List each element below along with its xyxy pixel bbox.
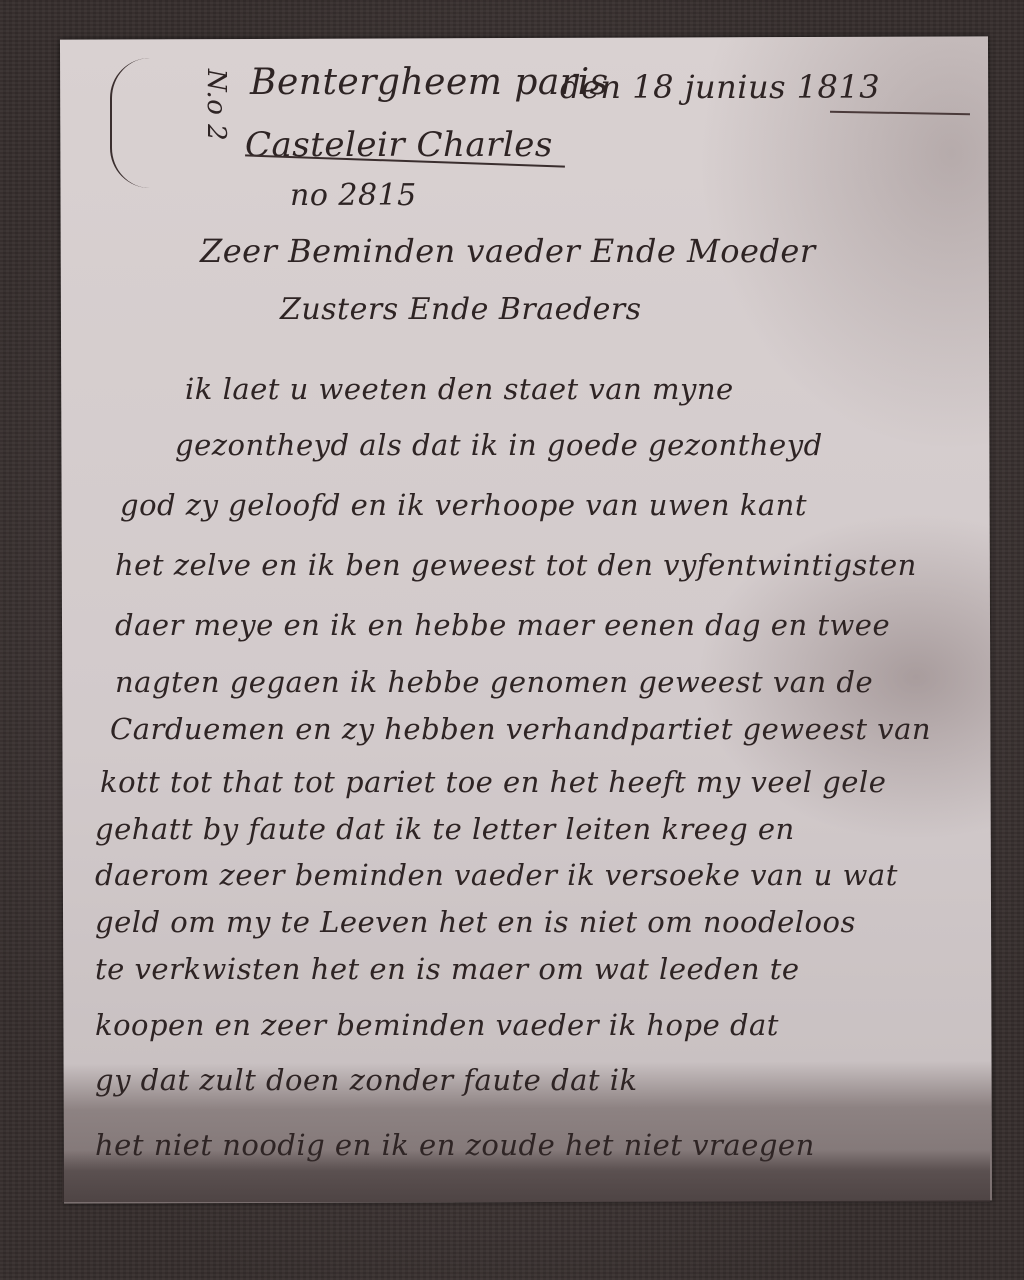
body-line: daer meye en ik en hebbe maer eenen dag … — [115, 608, 890, 642]
salutation-line-2: Zusters Ende Braeders — [280, 292, 642, 327]
body-line: gy dat zult doen zonder faute dat ik — [95, 1063, 638, 1097]
header-place: Bentergheem paris — [250, 62, 609, 103]
body-line: daerom zeer beminden vaeder ik versoeke … — [95, 858, 898, 892]
body-line: te verkwisten het en is maer om wat leed… — [95, 952, 800, 986]
body-line: ik laet u weeten den staet van myne — [185, 372, 734, 406]
body-line: kott tot that tot pariet toe en het heef… — [100, 765, 886, 799]
body-line: gezontheyd als dat ik in goede gezonthey… — [175, 428, 823, 462]
header-date: den 18 junius 1813 — [560, 68, 880, 106]
salutation-line-1: Zeer Beminden vaeder Ende Moeder — [200, 232, 816, 270]
margin-bracket — [110, 58, 152, 188]
paper-fold-shadow — [62, 1150, 990, 1202]
body-line: gehatt by faute dat ik te letter leiten … — [95, 812, 795, 846]
body-line: geld om my te Leeven het en is niet om n… — [95, 905, 856, 939]
body-line: koopen en zeer beminden vaeder ik hope d… — [95, 1008, 779, 1042]
body-line: god zy geloofd en ik verhoope van uwen k… — [120, 488, 807, 522]
margin-annotation: N.o 2 — [201, 69, 231, 141]
body-line: nagten gegaen ik hebbe genomen geweest v… — [115, 665, 873, 699]
body-line: Carduemen en zy hebben verhandpartiet ge… — [110, 712, 931, 746]
body-line: het zelve en ik ben geweest tot den vyfe… — [115, 548, 917, 582]
sender-number: no 2815 — [290, 178, 417, 213]
